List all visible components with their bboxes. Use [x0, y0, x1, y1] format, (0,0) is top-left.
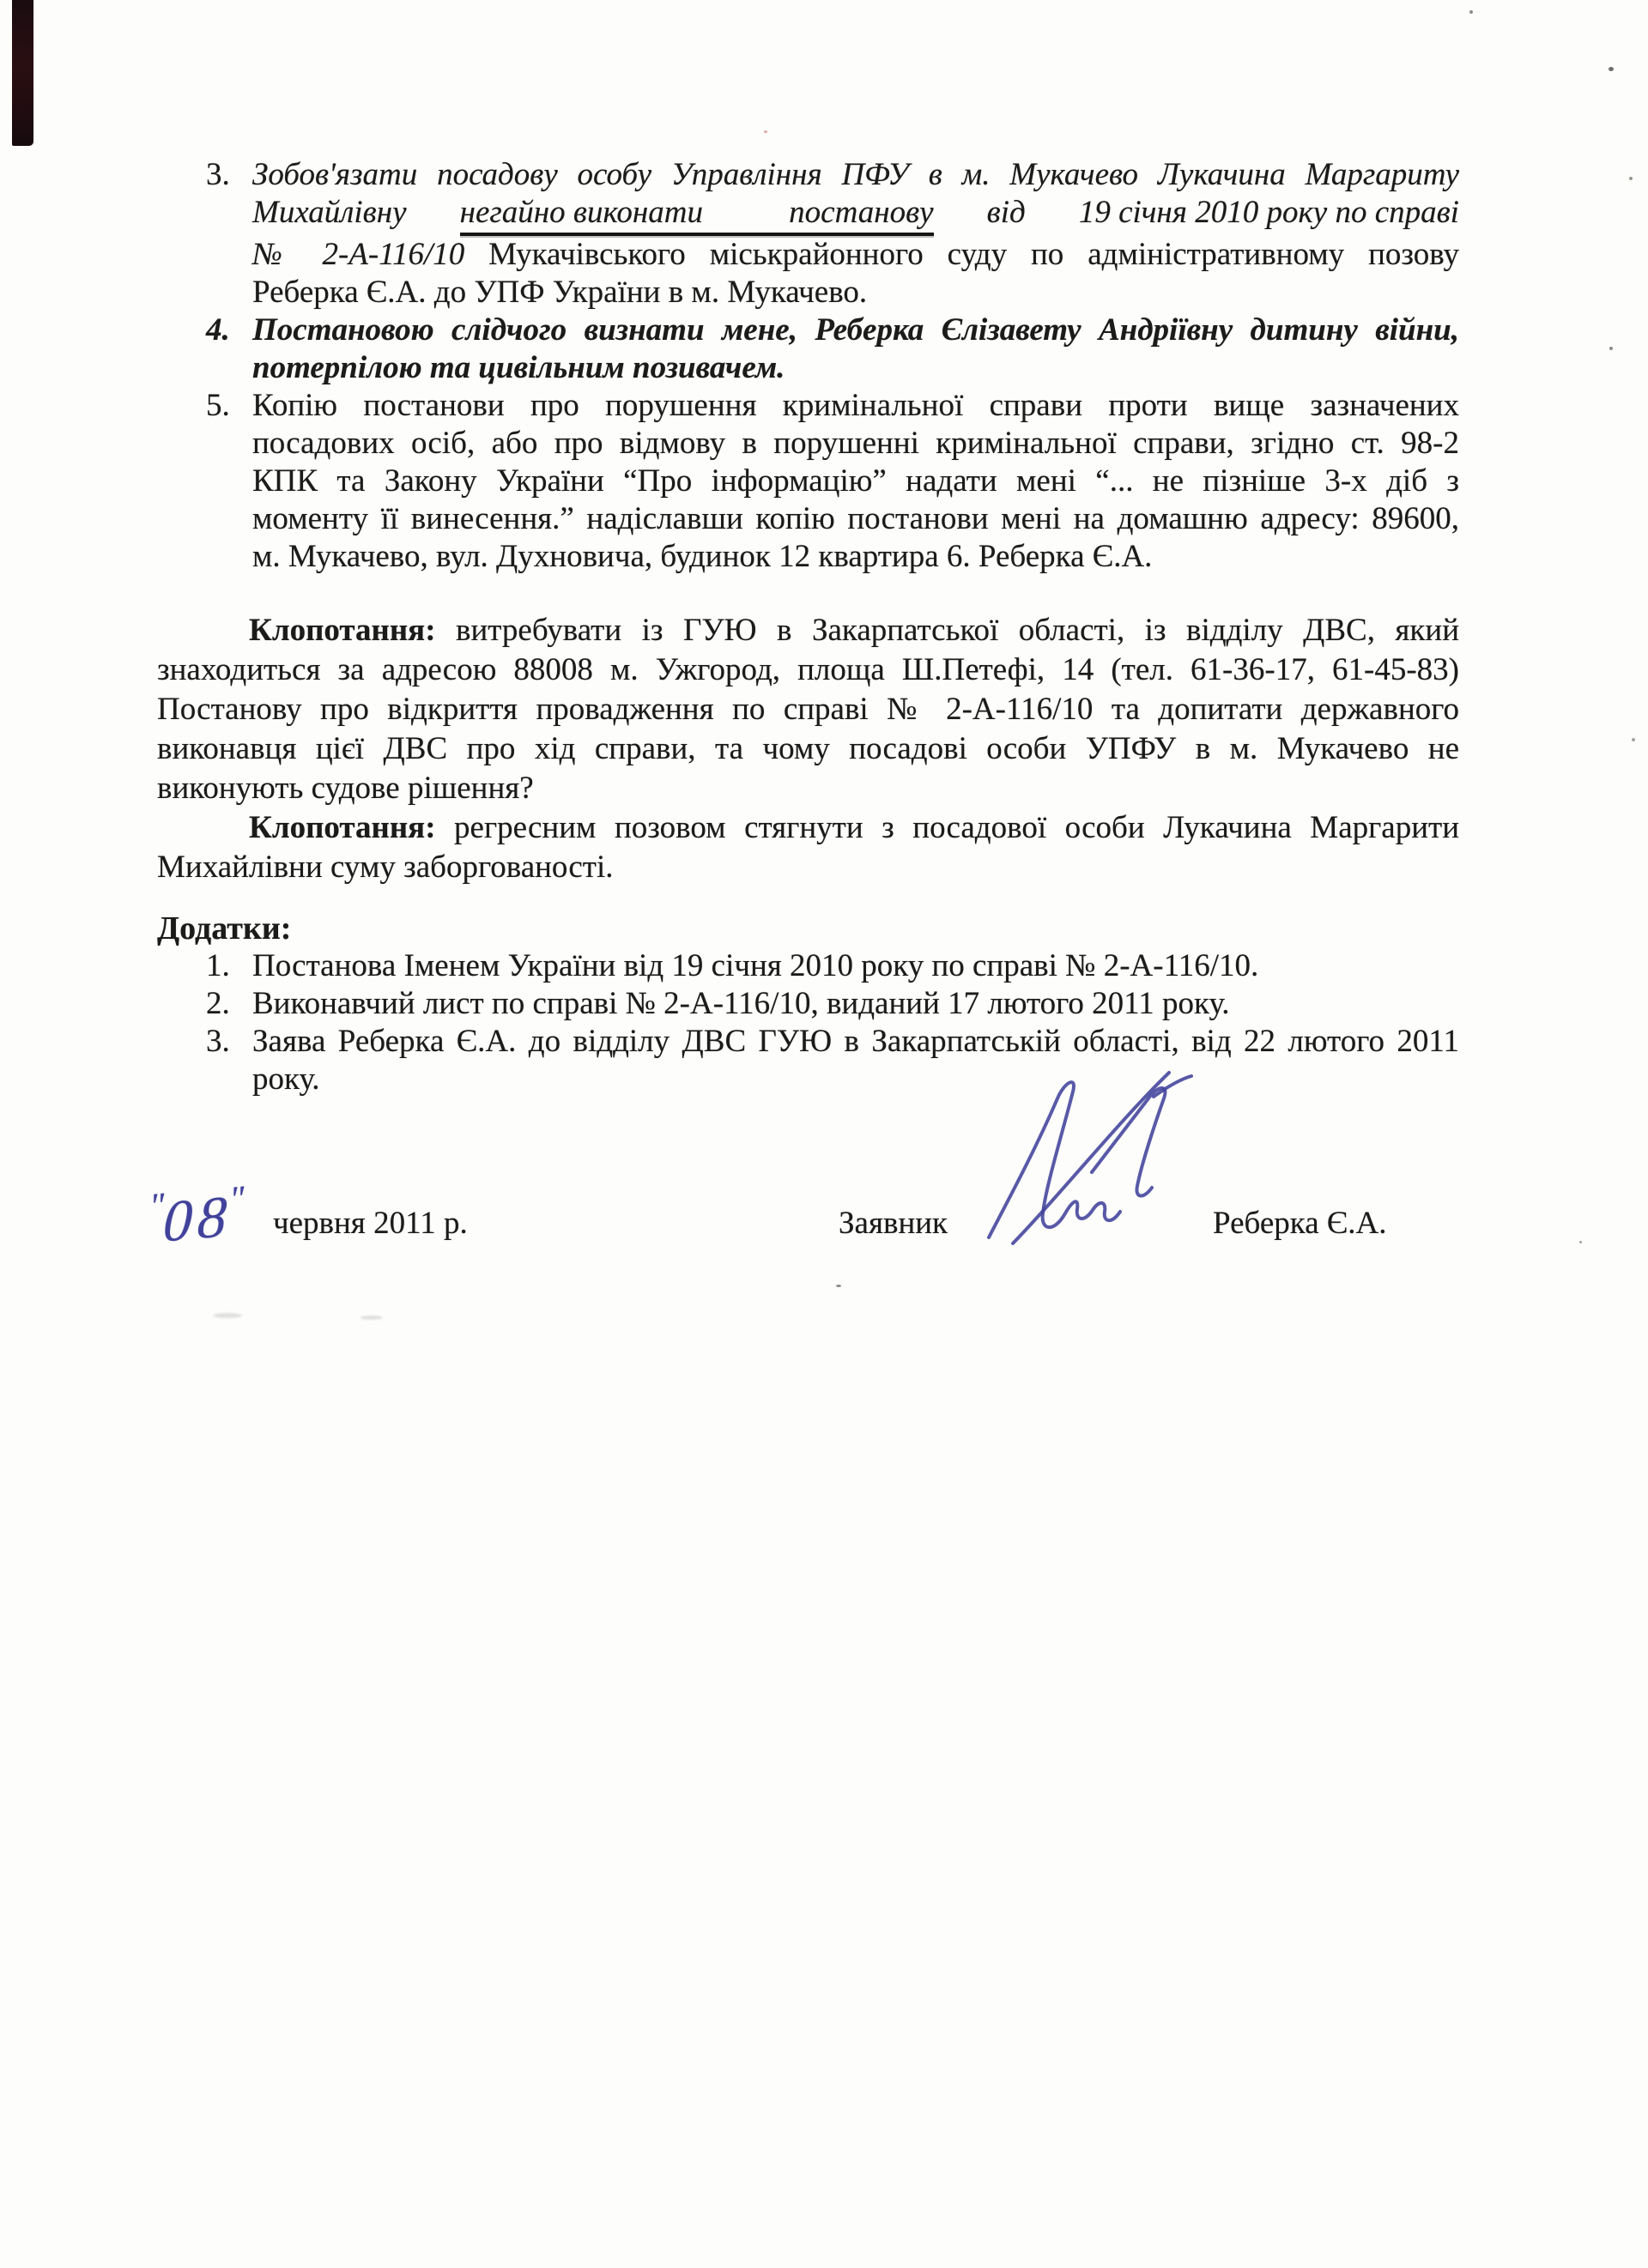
list-item-5-line-1: Копію постанови про порушення кримінальн… [252, 387, 1459, 425]
attachments-section: Додатки: 1. Постанова Іменем України від… [0, 910, 1648, 1098]
petition-paragraph-2: Клопотання: регресним позовом стягнути з… [0, 808, 1648, 887]
underlined-word-a: негайно виконати [460, 194, 703, 232]
line2-mid: від [987, 194, 1026, 232]
scan-speck [1469, 10, 1473, 14]
attachment-3-line-1: Заява Реберка Є.А. до відділу ДВС ГУЮ в … [252, 1023, 1459, 1061]
petition-1-lead: Клопотання: [249, 613, 436, 648]
underlined-phrase: негайно виконатипостанову [460, 194, 934, 236]
list-item-3: 3. Зобов'язати посадову особу Управління… [0, 156, 1648, 311]
list-item-5-number: 5. [206, 387, 252, 425]
petition-paragraph-1: Клопотання: витребувати із ГУЮ в Закарпа… [0, 611, 1648, 808]
petition-1-rest: витребувати із ГУЮ в Закарпатської облас… [456, 613, 1459, 648]
underlined-word-b: постанову [789, 194, 933, 232]
petition-1-line-1: Клопотання: витребувати із ГУЮ в Закарпа… [157, 611, 1459, 650]
petition-1-line-2: знаходиться за адресою 88008 м. Ужгород,… [157, 650, 1459, 690]
attachment-3-line-2: року. [252, 1061, 1459, 1098]
list-item-4-line-1: Постановою слідчого визнати мене, Реберк… [252, 311, 1459, 349]
numbered-list: 3. Зобов'язати посадову особу Управління… [0, 156, 1648, 576]
handwritten-signature [963, 1067, 1238, 1256]
scan-speck [764, 130, 767, 133]
line2-start: Михайлівну [252, 194, 407, 232]
list-item-4-number: 4. [206, 311, 252, 349]
petition-2-line-1: Клопотання: регресним позовом стягнути з… [157, 808, 1459, 848]
attachment-item-3: 3. Заява Реберка Є.А. до відділу ДВС ГУЮ… [0, 1023, 1648, 1098]
petition-2-line-2: Михайлівни суму заборгованості. [157, 848, 1459, 887]
list-item-5-line-3: КПК та Закону України “Про інформацію” н… [252, 463, 1459, 500]
petition-2-lead: Клопотання: [249, 810, 436, 845]
attachment-1-number: 1. [206, 947, 252, 985]
handwritten-date-day: ″08″ [148, 1178, 246, 1256]
scan-speck [1579, 1241, 1582, 1243]
attachment-item-1: 1. Постанова Іменем України від 19 січня… [0, 947, 1648, 985]
attachment-item-2: 2. Виконавчий лист по справі № 2-А-116/1… [0, 985, 1648, 1023]
case-number: № 2-А-116/10 [252, 237, 464, 272]
handwritten-open-quote: ″ [148, 1187, 163, 1227]
list-item-3-line-1: Зобов'язати посадову особу Управління ПФ… [252, 156, 1459, 194]
list-item-4: 4. Постановою слідчого визнати мене, Реб… [0, 311, 1648, 387]
attachments-title: Додатки: [157, 910, 1459, 947]
petition-2-rest: регресним позовом стягнути з посадової о… [454, 810, 1459, 845]
line2-end: 19 січня 2010 року по справі [1079, 194, 1459, 232]
applicant-label: Заявник [839, 1205, 948, 1243]
scan-speck [1609, 67, 1614, 71]
scan-speck [836, 1285, 841, 1287]
attachment-2-text: Виконавчий лист по справі № 2-А-116/10, … [252, 985, 1459, 1023]
list-item-4-line-2: потерпілою та цивільним позивачем. [252, 349, 1459, 387]
attachment-2-number: 2. [206, 985, 252, 1023]
list-item-5-line-4: моменту її винесення.” надіславши копію … [252, 500, 1459, 538]
petition-1-line-3: Постанову про відкриття провадження по с… [157, 690, 1459, 729]
attachment-1-text: Постанова Іменем України від 19 січня 20… [252, 947, 1459, 985]
list-item-5: 5. Копію постанови про порушення криміна… [0, 387, 1648, 576]
list-item-5-line-5: м. Мукачево, вул. Духновича, будинок 12 … [252, 538, 1459, 576]
handwritten-day: 08 [161, 1182, 233, 1256]
date-text: червня 2011 р. [273, 1205, 468, 1243]
applicant-name: Реберка Є.А. [1213, 1205, 1387, 1243]
petition-1-line-4: виконавця цієї ДВС про хід справи, та чо… [157, 729, 1459, 769]
scanned-document-page: 3. Зобов'язати посадову особу Управління… [0, 0, 1648, 2268]
petition-1-line-5: виконують судове рішення? [157, 769, 1459, 808]
line3-regular: Мукачівського міськрайонного суду по адм… [488, 237, 1459, 272]
scan-smudge [213, 1313, 242, 1318]
attachment-3-number: 3. [206, 1023, 252, 1061]
list-item-3-number: 3. [206, 156, 252, 194]
list-item-5-line-2: посадових осіб, або про відмову в поруше… [252, 425, 1459, 463]
scan-smudge [360, 1315, 383, 1320]
list-item-3-line-2: Михайлівнунегайно виконатипостановувід19… [252, 194, 1459, 236]
list-item-3-line-3: № 2-А-116/10 Мукачівського міськрайонног… [252, 236, 1459, 274]
scan-artifact-bar [12, 0, 33, 146]
list-item-3-line-4: Реберка Є.А. до УПФ України в м. Мукачев… [252, 274, 1459, 311]
